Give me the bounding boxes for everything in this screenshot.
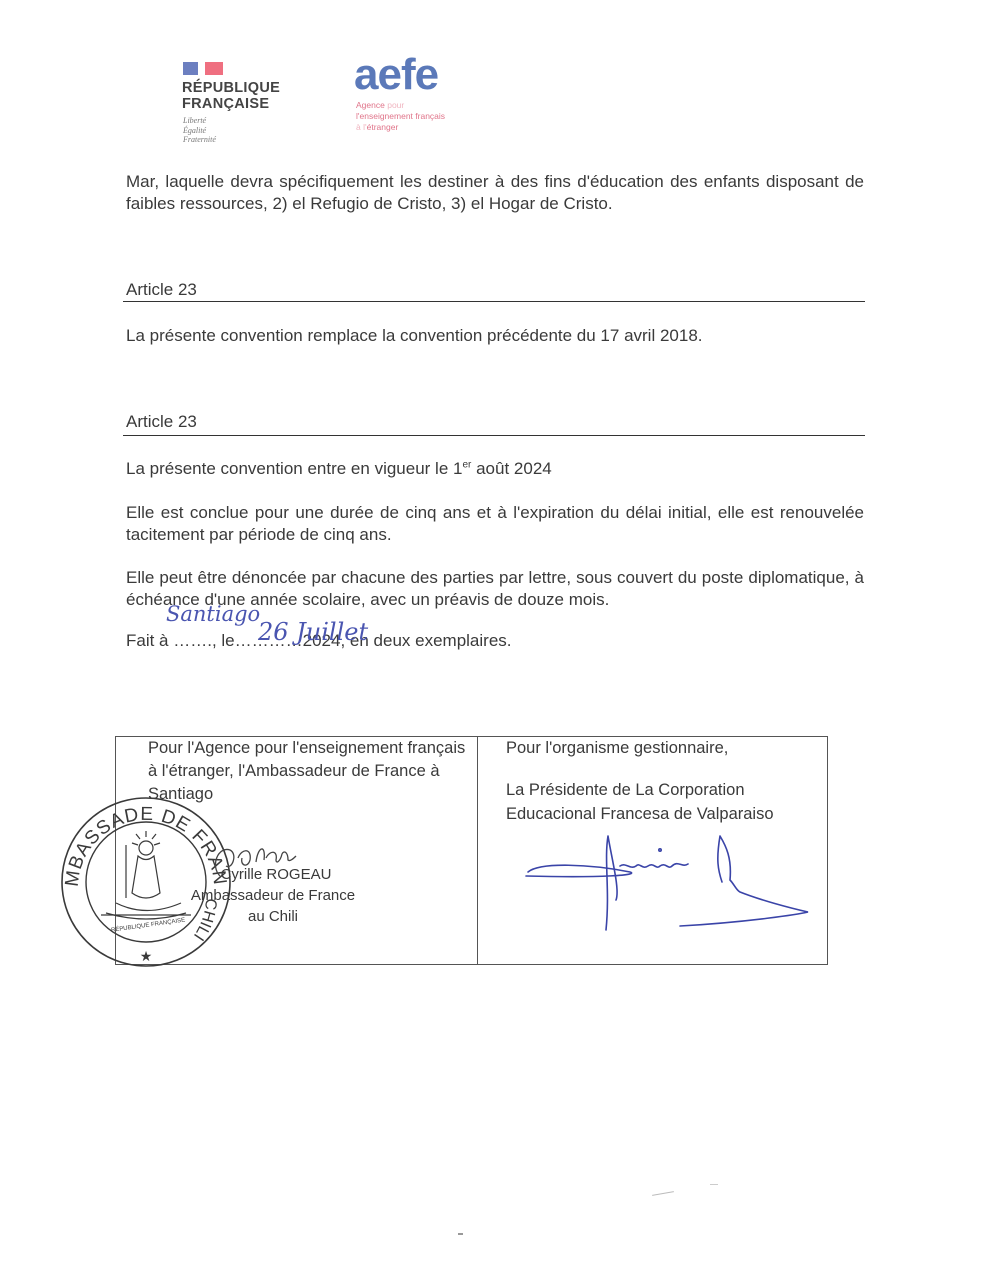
aefe-tagline-pour: pour bbox=[387, 100, 404, 110]
scan-artifact bbox=[458, 1233, 463, 1235]
scan-artifact bbox=[710, 1184, 718, 1185]
aefe-tagline-enseignement: l'enseignement français bbox=[356, 111, 445, 122]
article-divider bbox=[123, 435, 865, 436]
article-paragraph: Elle est conclue pour une durée de cinq … bbox=[126, 502, 864, 546]
vigueur-paragraph: La présente convention entre en vigueur … bbox=[126, 458, 864, 480]
aefe-tagline-a: à l' bbox=[356, 122, 367, 132]
article-divider bbox=[123, 301, 865, 302]
republique-francaise-flag-icon bbox=[183, 62, 225, 75]
fait-a-line: Fait à ……., le…………2024, en deux exemplai… bbox=[126, 630, 864, 652]
president-signature bbox=[520, 830, 820, 945]
ambassador-title-line1: Ambassadeur de France bbox=[176, 885, 370, 906]
vigueur-suffix: août 2024 bbox=[471, 459, 551, 478]
intro-paragraph: Mar, laquelle devra spécifiquement les d… bbox=[126, 171, 864, 215]
republique-title-line1: RÉPUBLIQUE bbox=[182, 80, 280, 96]
signature-right-heading: Pour l'organisme gestionnaire, bbox=[506, 737, 728, 760]
motto-liberte: Liberté bbox=[183, 116, 216, 126]
motto-fraternite: Fraternité bbox=[183, 135, 216, 145]
republique-motto: Liberté Égalité Fraternité bbox=[183, 116, 216, 145]
aefe-tagline-agence: Agence bbox=[356, 100, 385, 110]
fait-a-prefix: Fait à ……., le bbox=[126, 631, 235, 650]
handwritten-place: Santiago bbox=[166, 602, 260, 626]
ambassador-name: Cyrille ROGEAU bbox=[196, 864, 356, 885]
aefe-tagline: Agence pour l'enseignement français à l'… bbox=[356, 100, 445, 133]
article-paragraph: La présente convention remplace la conve… bbox=[126, 325, 864, 347]
president-line1: La Présidente de La Corporation bbox=[506, 779, 745, 802]
svg-text:★: ★ bbox=[140, 949, 153, 965]
handwritten-date: 26 Juillet bbox=[258, 618, 368, 646]
aefe-logo: aefe bbox=[354, 50, 438, 100]
vigueur-prefix: La présente convention entre en vigueur … bbox=[126, 459, 462, 478]
scan-artifact bbox=[652, 1191, 674, 1196]
republique-francaise-logo: RÉPUBLIQUE FRANÇAISE bbox=[182, 80, 280, 112]
ambassador-title-line2: au Chili bbox=[176, 906, 370, 927]
republique-title-line2: FRANÇAISE bbox=[182, 96, 280, 112]
president-line2: Educacional Francesa de Valparaiso bbox=[506, 803, 774, 826]
article-heading: Article 23 bbox=[126, 412, 197, 432]
aefe-tagline-etranger: étranger bbox=[367, 122, 399, 132]
signature-table-divider bbox=[477, 736, 478, 965]
article-heading: Article 23 bbox=[126, 280, 197, 300]
motto-egalite: Égalité bbox=[183, 126, 216, 136]
